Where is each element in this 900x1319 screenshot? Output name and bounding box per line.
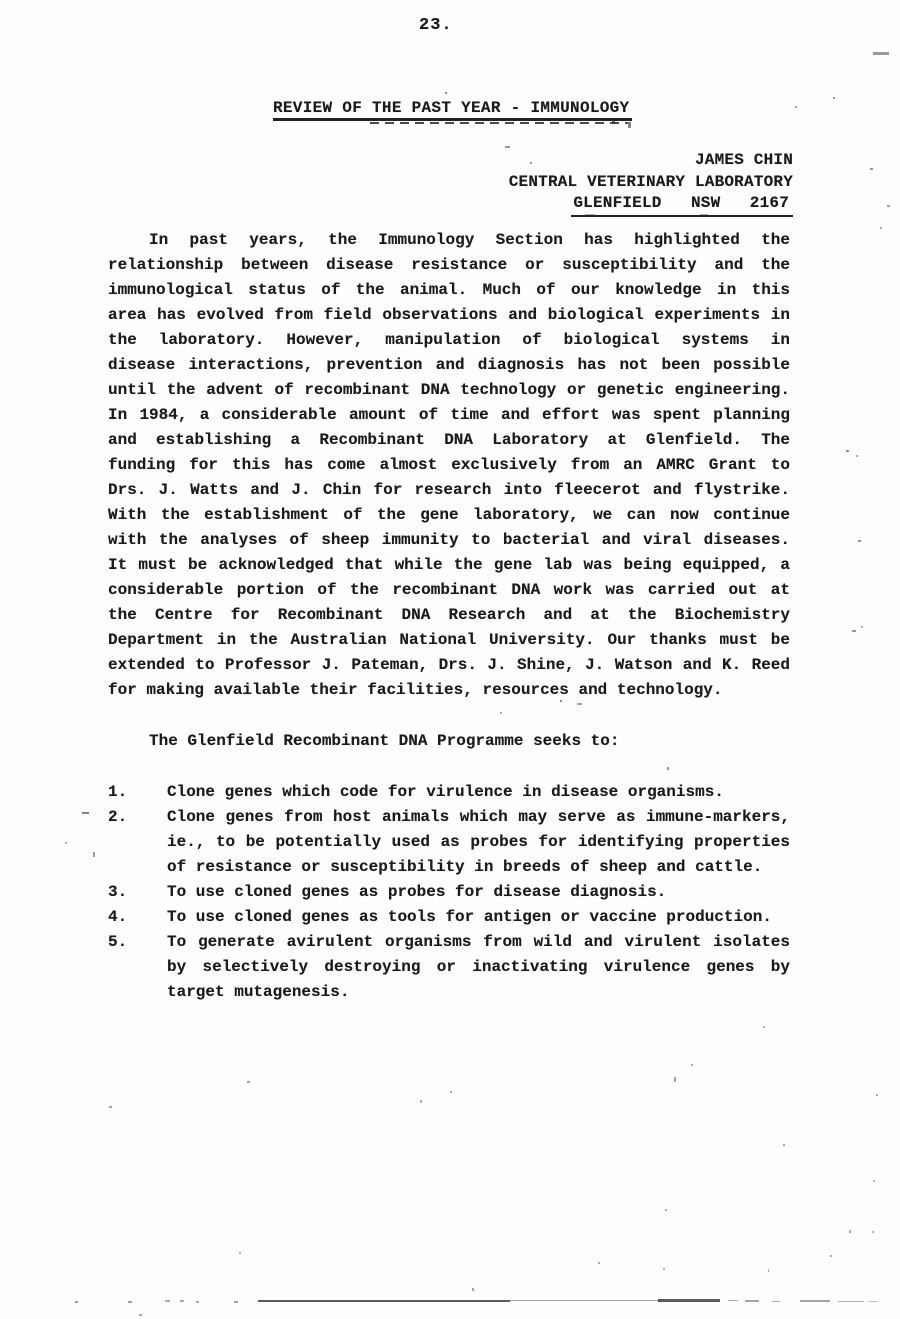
- noise-speck: [139, 1314, 142, 1316]
- list-item-line: by selectively destroying or inactivatin…: [167, 955, 790, 980]
- noise-speck: [577, 703, 582, 705]
- noise-speck: [849, 1230, 851, 1233]
- list-item-number: 1.: [108, 780, 167, 805]
- list-item: 3.To use cloned genes as probes for dise…: [108, 880, 790, 905]
- noise-speck: [800, 1300, 830, 1302]
- noise-speck: [852, 630, 856, 632]
- list-item-number: 5.: [108, 930, 167, 1005]
- list-item: 4.To use cloned genes as tools for antig…: [108, 905, 790, 930]
- author-name: JAMES CHIN: [0, 150, 793, 172]
- noise-speck: [128, 1301, 132, 1303]
- goals-list: 1.Clone genes which code for virulence i…: [108, 780, 790, 1005]
- list-item-text: Clone genes from host animals which may …: [167, 805, 790, 880]
- body-line: funding for this has come almost exclusi…: [108, 453, 790, 478]
- list-item-line: Clone genes from host animals which may …: [167, 805, 790, 830]
- noise-speck: [700, 214, 708, 215]
- noise-speck: [82, 812, 89, 814]
- document-page: 23. REVIEW OF THE PAST YEAR - IMMUNOLOGY…: [0, 0, 900, 1319]
- noise-speck: [445, 92, 447, 94]
- noise-speck: [768, 1269, 769, 1272]
- list-item-text: Clone genes which code for virulence in …: [167, 780, 790, 805]
- noise-speck: [75, 1301, 78, 1303]
- list-item-line: Clone genes which code for virulence in …: [167, 780, 790, 805]
- noise-speck: [258, 1300, 510, 1302]
- noise-speck: [196, 1301, 199, 1303]
- noise-speck: [795, 106, 797, 108]
- noise-speck: [830, 1255, 832, 1257]
- noise-speck: [109, 1106, 112, 1108]
- body-line: Department in the Australian National Un…: [108, 628, 790, 653]
- list-item-text: To generate avirulent organisms from wil…: [167, 930, 790, 1005]
- noise-speck: [728, 1300, 738, 1301]
- noise-speck: [674, 1077, 676, 1082]
- noise-speck: [833, 97, 835, 99]
- noise-speck: [165, 1300, 170, 1302]
- noise-speck: [876, 1094, 878, 1096]
- body-line: the laboratory. However, manipulation of…: [108, 328, 790, 353]
- noise-speck: [612, 120, 615, 124]
- noise-speck: [667, 767, 669, 770]
- noise-speck: [872, 1231, 874, 1233]
- noise-speck: [755, 215, 767, 216]
- noise-speck: [868, 1301, 878, 1302]
- list-item-line: To use cloned genes as probes for diseas…: [167, 880, 790, 905]
- body-line: It must be acknowledged that while the g…: [108, 553, 790, 578]
- noise-speck: [856, 455, 858, 457]
- noise-speck: [846, 450, 849, 452]
- body-line: Drs. J. Watts and J. Chin for research i…: [108, 478, 790, 503]
- noise-speck: [763, 1026, 765, 1028]
- noise-speck: [420, 1100, 422, 1103]
- noise-speck: [772, 1301, 780, 1302]
- list-item-number: 3.: [108, 880, 167, 905]
- noise-speck: [530, 162, 532, 164]
- list-item-line: target mutagenesis.: [167, 980, 790, 1005]
- noise-speck: [500, 712, 502, 714]
- body-line: for making available their facilities, r…: [108, 678, 790, 703]
- list-item: 2.Clone genes from host animals which ma…: [108, 805, 790, 880]
- author-block: JAMES CHIN CENTRAL VETERINARY LABORATORY…: [0, 150, 793, 217]
- page-number: 23.: [419, 16, 453, 36]
- title-underline-dashes: [370, 122, 628, 124]
- noise-speck: [505, 146, 510, 148]
- main-paragraph: In past years, the Immunology Section ha…: [108, 228, 790, 703]
- noise-speck: [861, 626, 863, 628]
- noise-speck: [450, 1091, 452, 1093]
- noise-speck: [658, 1299, 720, 1302]
- noise-speck: [880, 227, 882, 229]
- noise-speck: [838, 1301, 864, 1302]
- noise-speck: [691, 1064, 693, 1066]
- list-item-number: 2.: [108, 805, 167, 880]
- noise-speck: [598, 1262, 600, 1264]
- list-item-line: To use cloned genes as tools for antigen…: [167, 905, 790, 930]
- noise-speck: [65, 842, 67, 844]
- noise-speck: [887, 205, 890, 207]
- body-line: until the advent of recombinant DNA tech…: [108, 378, 790, 403]
- body-line: With the establishment of the gene labor…: [108, 503, 790, 528]
- body-line: and establishing a Recombinant DNA Labor…: [108, 428, 790, 453]
- body-line: area has evolved from field observations…: [108, 303, 790, 328]
- body-line: disease interactions, prevention and dia…: [108, 353, 790, 378]
- noise-speck: [234, 1301, 238, 1303]
- noise-speck: [665, 1209, 667, 1211]
- body-line: relationship between disease resistance …: [108, 253, 790, 278]
- list-item: 5.To generate avirulent organisms from w…: [108, 930, 790, 1005]
- body-line: In past years, the Immunology Section ha…: [108, 228, 790, 253]
- list-item-line: of resistance or susceptibility in breed…: [167, 855, 790, 880]
- list-item-text: To use cloned genes as tools for antigen…: [167, 905, 790, 930]
- noise-speck: [239, 1252, 241, 1254]
- noise-speck: [663, 1268, 665, 1270]
- noise-speck: [858, 540, 861, 542]
- body-line: extended to Professor J. Pateman, Drs. J…: [108, 653, 790, 678]
- body-line: the Centre for Recombinant DNA Research …: [108, 603, 790, 628]
- noise-speck: [510, 1300, 660, 1301]
- author-location-line: GLENFIELD NSW 2167: [0, 193, 793, 217]
- noise-speck: [628, 122, 631, 128]
- author-organization: CENTRAL VETERINARY LABORATORY: [0, 172, 793, 194]
- programme-intro: The Glenfield Recombinant DNA Programme …: [149, 729, 619, 754]
- list-item-line: ie., to be potentially used as probes fo…: [167, 830, 790, 855]
- noise-speck: [472, 1288, 474, 1291]
- list-item-text: To use cloned genes as probes for diseas…: [167, 880, 790, 905]
- noise-speck: [783, 1144, 785, 1146]
- body-line: with the analyses of sheep immunity to b…: [108, 528, 790, 553]
- noise-speck: [873, 1180, 875, 1182]
- list-item-line: To generate avirulent organisms from wil…: [167, 930, 790, 955]
- author-location: GLENFIELD NSW 2167: [571, 193, 793, 217]
- list-item-number: 4.: [108, 905, 167, 930]
- noise-speck: [870, 168, 873, 170]
- noise-speck: [745, 1300, 759, 1302]
- body-line: In 1984, a considerable amount of time a…: [108, 403, 790, 428]
- noise-speck: [93, 852, 95, 857]
- noise-speck: [180, 1300, 184, 1302]
- noise-speck: [585, 214, 595, 215]
- list-item: 1.Clone genes which code for virulence i…: [108, 780, 790, 805]
- page-title: REVIEW OF THE PAST YEAR - IMMUNOLOGY: [273, 100, 632, 121]
- noise-speck: [247, 1081, 250, 1083]
- body-line: considerable portion of the recombinant …: [108, 578, 790, 603]
- noise-speck: [873, 52, 889, 55]
- body-line: immunological status of the animal. Much…: [108, 278, 790, 303]
- noise-speck: [560, 700, 562, 702]
- noise-speck: [640, 215, 654, 216]
